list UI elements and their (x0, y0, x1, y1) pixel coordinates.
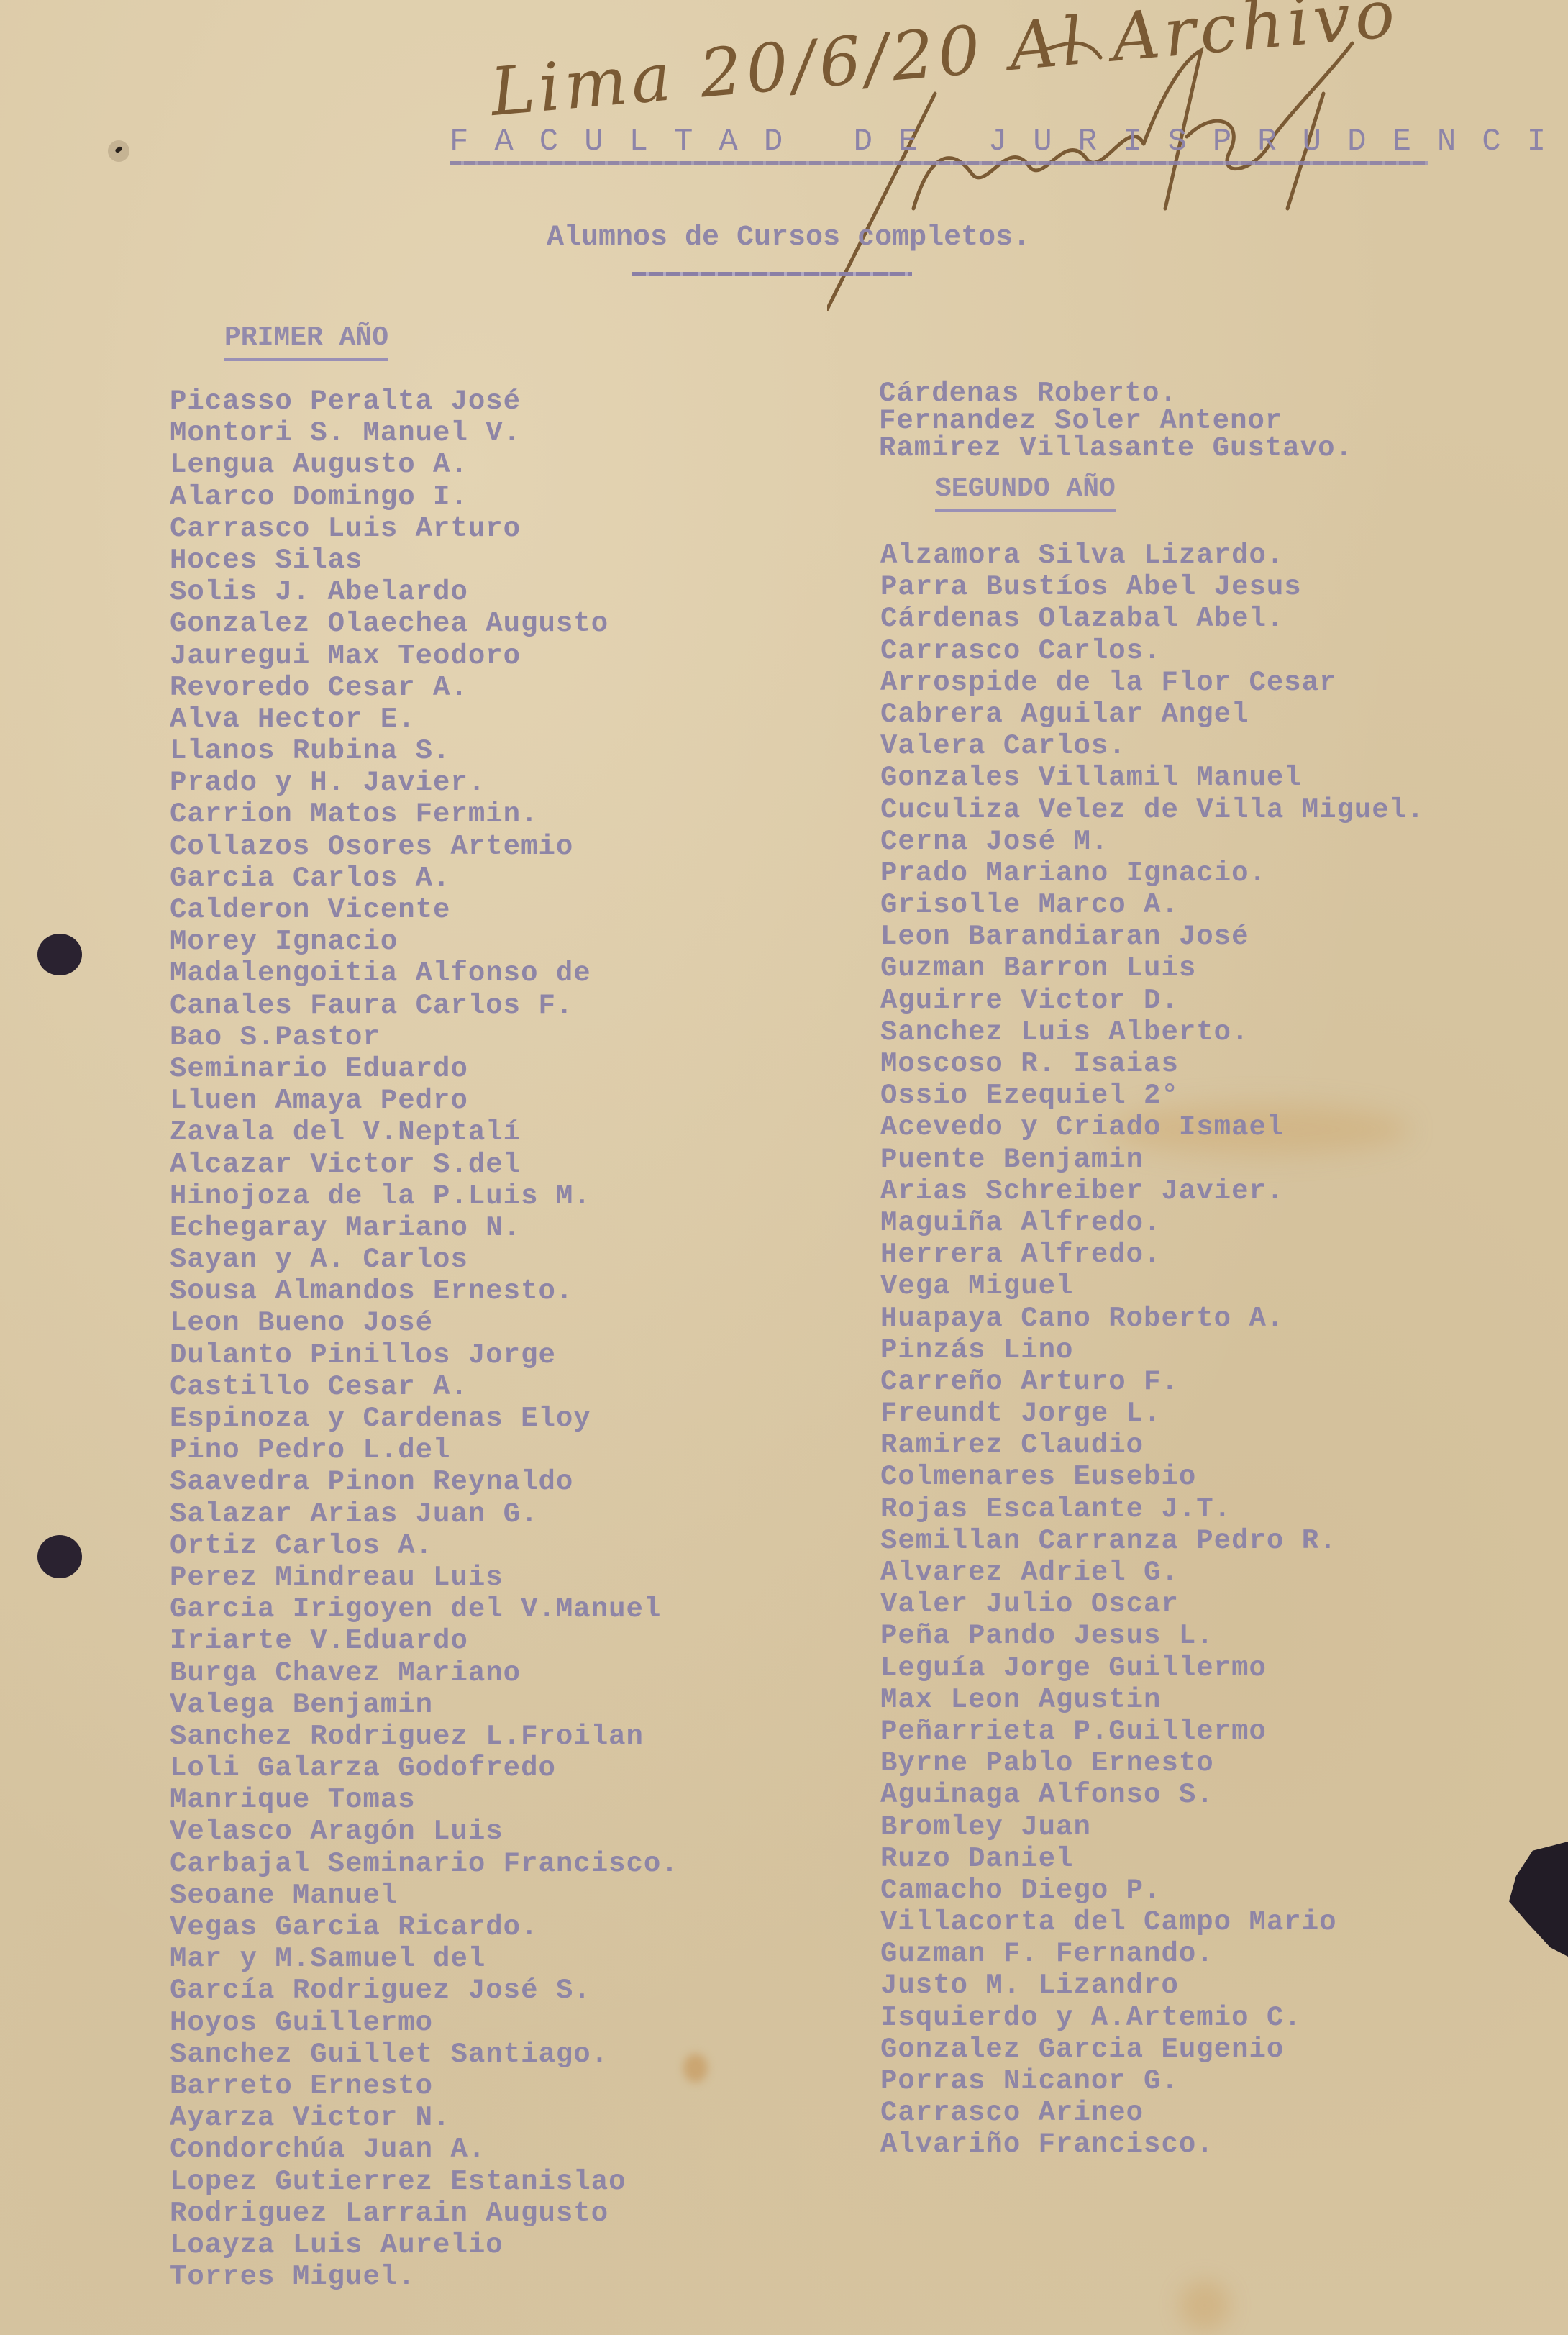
student-name: García Rodriguez José S. (170, 1975, 679, 2006)
student-name: Leon Bueno José (170, 1307, 679, 1339)
student-name: Alcazar Victor S.del (170, 1149, 679, 1180)
student-name: Cuculiza Velez de Villa Miguel. (880, 794, 1425, 826)
student-name: Huapaya Cano Roberto A. (880, 1303, 1425, 1334)
student-name: Carrasco Luis Arturo (170, 513, 679, 545)
student-name: Ramirez Villasante Gustavo. (879, 434, 1353, 462)
student-name: Velasco Aragón Luis (170, 1816, 679, 1847)
student-name: Garcia Irigoyen del V.Manuel (170, 1593, 679, 1625)
subtitle-underline (632, 272, 912, 276)
student-name: Morey Ignacio (170, 926, 679, 957)
punch-hole-lower (37, 1535, 82, 1578)
student-name: Revoredo Cesar A. (170, 672, 679, 704)
student-name: Lopez Gutierrez Estanislao (170, 2166, 679, 2198)
student-name: Peñarrieta P.Guillermo (880, 1716, 1425, 1747)
student-name: Gonzalez Olaechea Augusto (170, 608, 679, 639)
student-name: Dulanto Pinillos Jorge (170, 1339, 679, 1371)
document-subtitle: Alumnos de Cursos completos. (547, 222, 1030, 254)
student-name: Seoane Manuel (170, 1880, 679, 1911)
student-name: Perez Mindreau Luis (170, 1562, 679, 1593)
student-name: Alzamora Silva Lizardo. (880, 540, 1425, 571)
student-name: Alarco Domingo I. (170, 481, 679, 513)
student-name: Villacorta del Campo Mario (880, 1906, 1425, 1938)
student-name: Ruzo Daniel (880, 1843, 1425, 1875)
student-name: Carrion Matos Fermin. (170, 798, 679, 830)
student-name: Montori S. Manuel V. (170, 417, 679, 449)
student-name: Carrasco Carlos. (880, 635, 1425, 667)
student-name: Arias Schreiber Javier. (880, 1175, 1425, 1207)
stain-spot (683, 2054, 708, 2083)
student-name: Isquierdo y A.Artemio C. (880, 2002, 1425, 2034)
student-name: Burga Chavez Mariano (170, 1657, 679, 1689)
student-name: Valega Benjamin (170, 1689, 679, 1721)
student-list-primer-ano: Picasso Peralta JoséMontori S. Manuel V.… (170, 386, 679, 2293)
student-name: Rodriguez Larrain Augusto (170, 2198, 679, 2229)
student-list-segundo-ano: Alzamora Silva Lizardo.Parra Bustíos Abe… (880, 540, 1425, 2161)
student-name: Cárdenas Olazabal Abel. (880, 603, 1425, 634)
student-name: Carbajal Seminario Francisco. (170, 1848, 679, 1880)
student-name: Espinoza y Cardenas Eloy (170, 1403, 679, 1434)
signature-icon (827, 29, 1446, 317)
student-name: Freundt Jorge L. (880, 1398, 1425, 1429)
student-name: Zavala del V.Neptalí (170, 1116, 679, 1148)
student-name: Seminario Eduardo (170, 1053, 679, 1085)
student-name: Semillan Carranza Pedro R. (880, 1525, 1425, 1557)
student-name: Collazos Osores Artemio (170, 831, 679, 862)
student-name: Madalengoitia Alfonso de (170, 957, 679, 989)
student-name: Acevedo y Criado Ismael (880, 1111, 1425, 1143)
student-name: Colmenares Eusebio (880, 1461, 1425, 1493)
student-name: Parra Bustíos Abel Jesus (880, 571, 1425, 603)
student-name: Sanchez Guillet Santiago. (170, 2039, 679, 2070)
student-name: Guzman F. Fernando. (880, 1938, 1425, 1970)
student-name: Solis J. Abelardo (170, 576, 679, 608)
student-name: Fernandez Soler Antenor (879, 407, 1353, 434)
student-name: Garcia Carlos A. (170, 862, 679, 894)
student-name: Echegaray Mariano N. (170, 1212, 679, 1244)
student-name: Guzman Barron Luis (880, 952, 1425, 984)
student-name: Hinojoza de la P.Luis M. (170, 1180, 679, 1212)
student-name: Alvarez Adriel G. (880, 1557, 1425, 1588)
student-name: Picasso Peralta José (170, 386, 679, 417)
student-name: Alva Hector E. (170, 704, 679, 735)
student-name: Condorchúa Juan A. (170, 2134, 679, 2165)
student-name: Cárdenas Roberto. (879, 380, 1353, 407)
student-name: Iriarte V.Eduardo (170, 1625, 679, 1657)
student-name: Sanchez Luis Alberto. (880, 1016, 1425, 1048)
student-name: Valera Carlos. (880, 730, 1425, 762)
student-name: Hoces Silas (170, 545, 679, 576)
student-name: Carreño Arturo F. (880, 1366, 1425, 1398)
student-name: Rojas Escalante J.T. (880, 1493, 1425, 1525)
student-name: Sousa Almandos Ernesto. (170, 1275, 679, 1307)
student-name: Bao S.Pastor (170, 1021, 679, 1053)
student-name: Byrne Pablo Ernesto (880, 1747, 1425, 1779)
student-name: Castillo Cesar A. (170, 1371, 679, 1403)
student-name: Cabrera Aguilar Angel (880, 698, 1425, 730)
stain-spot (1180, 2280, 1230, 2331)
title-underline (450, 161, 1428, 165)
student-name: Cerna José M. (880, 826, 1425, 857)
student-name: Jauregui Max Teodoro (170, 640, 679, 672)
student-name: Grisolle Marco A. (880, 889, 1425, 921)
student-name: Sayan y A. Carlos (170, 1244, 679, 1275)
student-name: Prado y H. Javier. (170, 767, 679, 798)
student-name: Aguirre Victor D. (880, 985, 1425, 1016)
punch-hole-upper (37, 934, 82, 975)
student-name: Mar y M.Samuel del (170, 1943, 679, 1975)
student-name: Barreto Ernesto (170, 2070, 679, 2102)
student-name: Llanos Rubina S. (170, 735, 679, 767)
student-name: Ayarza Victor N. (170, 2102, 679, 2134)
pin-hole-mark (108, 140, 129, 162)
student-name: Pino Pedro L.del (170, 1434, 679, 1466)
student-name: Lengua Augusto A. (170, 449, 679, 481)
student-name: Salazar Arias Juan G. (170, 1498, 679, 1530)
student-name: Ortiz Carlos A. (170, 1530, 679, 1562)
student-name: Loayza Luis Aurelio (170, 2229, 679, 2261)
student-name: Valer Julio Oscar (880, 1588, 1425, 1620)
student-name: Aguinaga Alfonso S. (880, 1779, 1425, 1811)
student-name: Herrera Alfredo. (880, 1239, 1425, 1270)
section-heading-segundo-ano: SEGUNDO AÑO (935, 473, 1116, 512)
student-list-primer-ano-continued: Cárdenas Roberto.Fernandez Soler Antenor… (879, 380, 1353, 462)
student-name: Torres Miguel. (170, 2261, 679, 2293)
student-name: Prado Mariano Ignacio. (880, 857, 1425, 889)
student-name: Camacho Diego P. (880, 1875, 1425, 1906)
document-page: Lima 20/6/20 Al Archivo FACULTAD DE JURI… (0, 0, 1568, 2335)
student-name: Justo M. Lizandro (880, 1970, 1425, 2001)
student-name: Manrique Tomas (170, 1784, 679, 1816)
student-name: Loli Galarza Godofredo (170, 1752, 679, 1784)
student-name: Gonzales Villamil Manuel (880, 762, 1425, 793)
student-name: Leon Barandiaran José (880, 921, 1425, 952)
student-name: Porras Nicanor G. (880, 2065, 1425, 2097)
student-name: Lluen Amaya Pedro (170, 1085, 679, 1116)
student-name: Moscoso R. Isaias (880, 1048, 1425, 1080)
student-name: Bromley Juan (880, 1811, 1425, 1843)
student-name: Leguía Jorge Guillermo (880, 1652, 1425, 1684)
student-name: Pinzás Lino (880, 1334, 1425, 1366)
student-name: Vega Miguel (880, 1270, 1425, 1302)
student-name: Hoyos Guillermo (170, 2007, 679, 2039)
student-name: Ramirez Claudio (880, 1429, 1425, 1461)
student-name: Ossio Ezequiel 2° (880, 1080, 1425, 1111)
student-name: Puente Benjamin (880, 1144, 1425, 1175)
section-heading-primer-ano: PRIMER AÑO (224, 322, 388, 361)
student-name: Vegas Garcia Ricardo. (170, 1911, 679, 1943)
student-name: Maguiña Alfredo. (880, 1207, 1425, 1239)
student-name: Arrospide de la Flor Cesar (880, 667, 1425, 698)
student-name: Sanchez Rodriguez L.Froilan (170, 1721, 679, 1752)
faculty-title: FACULTAD DE JURISPRUDENCIA (450, 124, 1428, 160)
student-name: Alvariño Francisco. (880, 2129, 1425, 2160)
student-name: Carrasco Arineo (880, 2097, 1425, 2129)
student-name: Gonzalez Garcia Eugenio (880, 2034, 1425, 2065)
student-name: Canales Faura Carlos F. (170, 990, 679, 1021)
student-name: Peña Pando Jesus L. (880, 1620, 1425, 1652)
student-name: Calderon Vicente (170, 894, 679, 926)
edge-tear (1509, 1842, 1568, 1957)
student-name: Saavedra Pinon Reynaldo (170, 1466, 679, 1498)
student-name: Max Leon Agustin (880, 1684, 1425, 1716)
